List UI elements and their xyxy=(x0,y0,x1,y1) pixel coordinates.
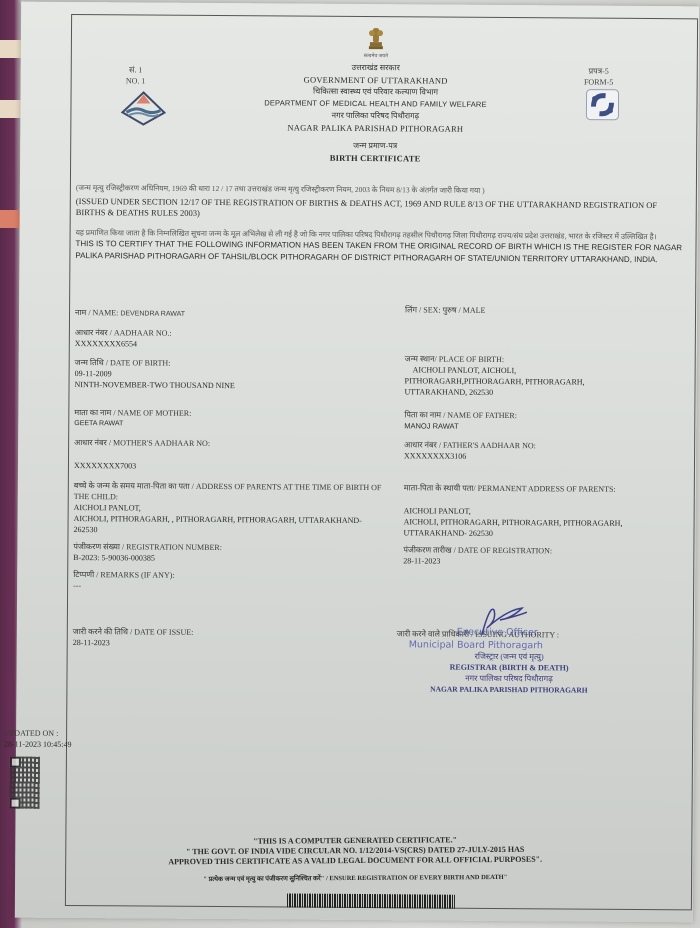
certificate-title: BIRTH CERTIFICATE xyxy=(220,151,530,165)
registration-date-value: 28-11-2023 xyxy=(403,555,678,568)
child-name-field: नाम / NAME: DEVENDRA RAWAT xyxy=(75,307,375,321)
certificate-paper: सत्यमेव जयते सं. 1 NO. 1 प्रपत्र-5 FORM-… xyxy=(15,2,699,923)
remarks-value: --- xyxy=(73,580,383,593)
place-of-birth-line3: UTTARAKHAND, 262530 xyxy=(404,386,674,399)
certify-statement: THIS IS TO CERTIFY THAT THE FOLLOWING IN… xyxy=(75,238,687,265)
registration-number-value: B-2023: 5-90036-000385 xyxy=(73,552,383,565)
address-at-birth-line2: AICHOLI, PITHORAGARH, , PITHORAGARH, PIT… xyxy=(74,513,384,526)
registrar-body: NAGAR PALIKA PARISHAD PITHORAGARH xyxy=(396,683,621,696)
emblem-caption: सत्यमेव जयते xyxy=(341,53,411,59)
registration-date-label: पंजीकरण तारीख / DATE OF REGISTRATION: xyxy=(403,544,678,557)
address-at-birth-line3: 262530 xyxy=(73,524,383,537)
child-name-label: नाम / NAME: xyxy=(75,308,118,317)
issued-under: (ISSUED UNDER SECTION 12/17 OF THE REGIS… xyxy=(76,196,688,223)
issue-date-value: 28-11-2023 xyxy=(73,637,323,650)
mother-aadhaar-label: आधार नंबर / MOTHER'S AADHAAR NO: xyxy=(74,437,384,450)
serial-number: NO. 1 xyxy=(121,75,151,86)
executive-officer-stamp: Executive Officer xyxy=(457,627,538,639)
issue-date-label: जारी करने की तिथि / DATE OF ISSUE: xyxy=(73,626,323,639)
background-stripe xyxy=(0,100,22,118)
form-number: FORM-5 xyxy=(581,77,617,88)
dob-in-words: NINTH-NOVEMBER-TWO THOUSAND NINE xyxy=(74,379,374,392)
form-number-hindi: प्रपत्र-5 xyxy=(581,66,617,77)
address-at-birth-label: बच्चे के जन्म के समय माता-पिता का पता / … xyxy=(74,480,384,504)
updated-on-value: 28-11-2023 10:45:49 xyxy=(4,739,144,751)
qr-code xyxy=(10,757,40,809)
sex-field: लिंग / SEX: पुरुष / MALE xyxy=(405,304,675,317)
municipal-body: NAGAR PALIKA PARISHAD PITHORAGARH xyxy=(220,121,530,135)
child-name-value: DEVENDRA RAWAT xyxy=(120,310,185,317)
sex-value: पुरुष / MALE xyxy=(443,306,486,315)
permanent-address-line3: UTTARAKHAND- 262530 xyxy=(403,527,678,540)
mother-name-value: GEETA RAWAT xyxy=(74,418,384,431)
uttarakhand-logo-icon xyxy=(120,90,166,126)
mother-aadhaar-value: XXXXXXXX7003 xyxy=(74,460,384,473)
circular-note-line2: APPROVED THIS CERTIFICATE AS A VALID LEG… xyxy=(105,854,605,867)
background-stripe xyxy=(0,40,22,58)
municipal-board-stamp: Municipal Board Pithoragarh xyxy=(409,639,543,651)
permanent-address-label: माता-पिता के स्थायी पता/ PERMANENT ADDRE… xyxy=(404,482,679,495)
father-name-value: MANOJ RAWAT xyxy=(404,420,674,433)
national-emblem-icon xyxy=(367,26,385,52)
department-title: DEPARTMENT OF MEDICAL HEALTH AND FAMILY … xyxy=(220,97,530,111)
barcode xyxy=(287,894,455,909)
slogan-english: ENSURE REGISTRATION OF EVERY BIRTH AND D… xyxy=(329,874,507,882)
serial-number-hindi: सं. 1 xyxy=(121,64,151,75)
sex-label: लिंग / SEX: xyxy=(405,305,441,314)
father-aadhaar-value: XXXXXXXX3106 xyxy=(404,450,674,463)
aadhaar-value: XXXXXXXX6554 xyxy=(75,338,375,351)
slogan-hindi: " प्रत्येक जन्म एवं मृत्यु का पंजीकरण सु… xyxy=(203,875,324,883)
crs-logo-icon xyxy=(585,89,619,121)
